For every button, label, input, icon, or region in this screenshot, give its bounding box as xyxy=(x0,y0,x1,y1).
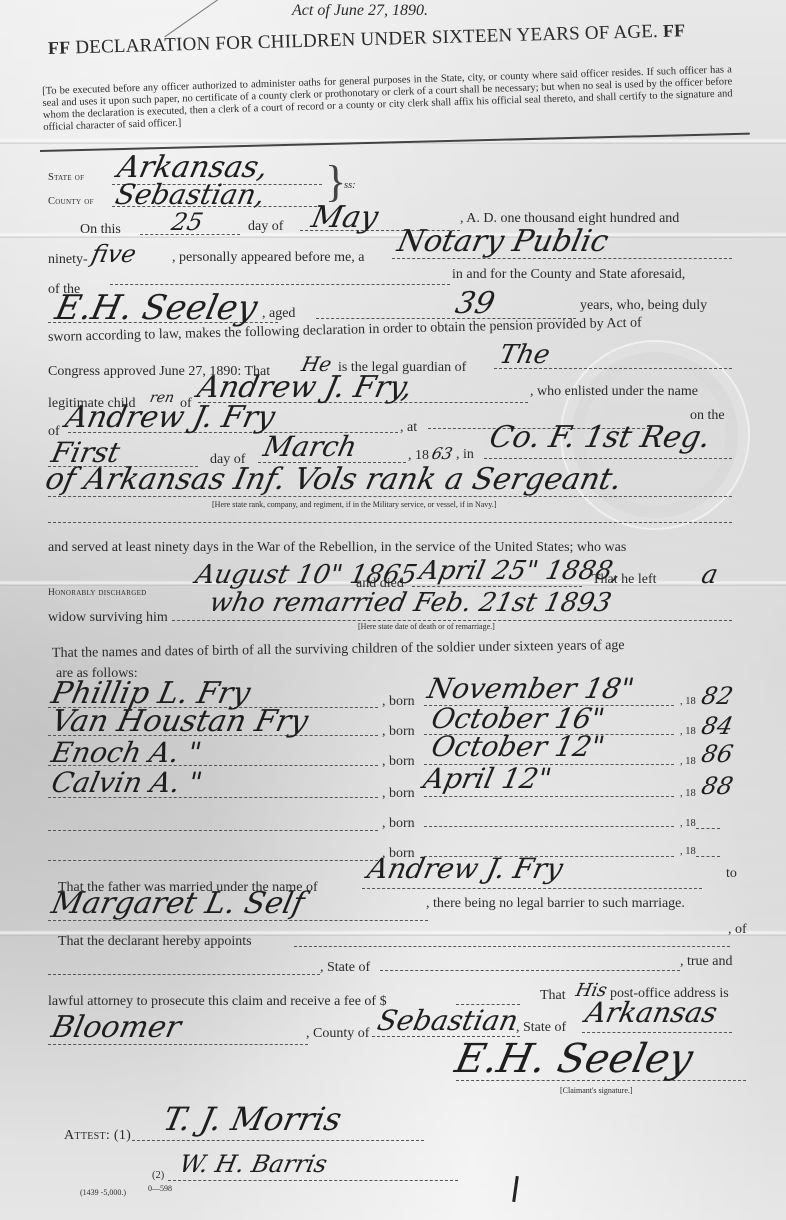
unit-value-line-1[interactable]: Co. F. 1st Reg. xyxy=(486,420,713,455)
appoints-text: That the declarant hereby appoints xyxy=(58,934,252,950)
county-of-label: , County of xyxy=(306,1026,369,1042)
years-text: years, who, being duly xyxy=(580,298,707,314)
form-code-left: FF xyxy=(48,37,71,58)
year-label: , 18 xyxy=(680,756,696,767)
attest-label-2: (2) xyxy=(152,1170,164,1181)
born-label: , born xyxy=(382,816,415,832)
that-label: That xyxy=(540,988,566,1004)
age-value[interactable]: 39 xyxy=(452,286,498,321)
father-name-value[interactable]: Andrew J. Fry xyxy=(364,852,565,885)
address-county-value[interactable]: Sebastian xyxy=(374,1004,521,1037)
child-birth-date[interactable]: April 12" xyxy=(420,762,554,795)
unit-value-line-2[interactable]: of Arkansas Inf. Vols rank a Sergeant. xyxy=(42,462,625,497)
discharged-label: Honorably discharged xyxy=(48,588,147,598)
year-label: , 18 xyxy=(680,696,696,707)
widow-note: [Here state date of death or of remarria… xyxy=(358,622,495,631)
lawful-text: lawful attorney to prosecute this claim … xyxy=(48,994,387,1010)
guardian-value[interactable]: The xyxy=(497,340,553,370)
born-label: , born xyxy=(382,754,415,770)
child-name[interactable]: Van Houstan Fry xyxy=(48,704,311,739)
print-run: (1439 -5,000.) xyxy=(80,1188,126,1197)
state-of-label-2: , State of xyxy=(516,1020,566,1036)
aged-label: , aged xyxy=(262,306,295,322)
child-birth-year[interactable]: 86 xyxy=(699,740,735,768)
act-reference: Act of June 27, 1890. xyxy=(292,2,428,20)
claimant-signature[interactable]: E.H. Seeley xyxy=(451,1036,697,1082)
enlisted-text: , who enlisted under the name xyxy=(530,384,698,400)
county-value[interactable]: Sebastian, xyxy=(112,178,268,211)
appeared-text: , personally appeared before me, a xyxy=(172,250,364,266)
form-code-right: FF xyxy=(663,20,686,41)
barrier-text: , there being no legal barrier to such m… xyxy=(426,896,685,912)
attest-label: Attest: (1) xyxy=(64,1128,131,1144)
of-label-3: , of xyxy=(728,922,747,938)
day-value[interactable]: 25 xyxy=(169,208,205,236)
child-birth-date[interactable]: November 18" xyxy=(424,672,637,705)
to-label: to xyxy=(726,866,737,882)
state-label: State of xyxy=(48,172,84,183)
brace: } xyxy=(325,160,346,204)
county-label: County of xyxy=(48,196,94,207)
at-label: , at xyxy=(400,420,417,436)
served-text: and served at least ninety days in the W… xyxy=(48,540,626,556)
witness-1-signature[interactable]: T. J. Morris xyxy=(160,1100,345,1138)
child-name[interactable]: Enoch A. " xyxy=(48,736,204,769)
year-label: , 18 xyxy=(680,846,696,857)
signature-note: [Claimant's signature.] xyxy=(560,1086,633,1095)
address-state-value[interactable]: Arkansas xyxy=(582,996,720,1029)
born-label: , born xyxy=(382,694,415,710)
day-of-label: day of xyxy=(248,219,283,235)
enlisted-name-value[interactable]: Andrew J. Fry xyxy=(62,400,278,435)
born-label: , born xyxy=(382,786,415,802)
true-and-text: , true and xyxy=(680,954,732,970)
state-of-label: , State of xyxy=(320,960,370,976)
unit-note: [Here state rank, company, and regiment,… xyxy=(212,500,496,509)
witness-2-signature[interactable]: W. H. Barris xyxy=(177,1150,330,1178)
year-label: , 18 xyxy=(680,818,696,829)
born-label: , born xyxy=(382,724,415,740)
child-birth-year[interactable]: 84 xyxy=(699,712,735,740)
left-text: That he left xyxy=(592,572,657,588)
year-label: , 18 xyxy=(680,726,696,737)
ss-label: ss: xyxy=(344,180,356,191)
child-birth-year[interactable]: 88 xyxy=(699,772,735,800)
declarant-name-value[interactable]: E.H. Seeley xyxy=(52,288,261,328)
widow-value[interactable]: who remarried Feb. 21st 1893 xyxy=(207,588,614,618)
year-word-value[interactable]: five xyxy=(89,240,139,268)
year-label: , 18 xyxy=(680,788,696,799)
child-name[interactable]: Calvin A. " xyxy=(48,766,205,799)
post-office-value[interactable]: Bloomer xyxy=(48,1010,184,1045)
enlist-year-value[interactable]: 63 xyxy=(430,444,454,463)
child-birth-date[interactable]: October 12" xyxy=(428,730,607,763)
officer-title-value[interactable]: Notary Public xyxy=(394,224,611,259)
month-value[interactable]: May xyxy=(308,200,381,235)
mother-name-value[interactable]: Margaret L. Self xyxy=(48,886,307,921)
on-this-label: On this xyxy=(80,222,121,238)
ninety-label: ninety- xyxy=(48,252,88,268)
form-code: 0—598 xyxy=(148,1184,172,1193)
in-and-for-text: in and for the County and State aforesai… xyxy=(452,267,685,283)
enlist-month-value[interactable]: March xyxy=(260,430,359,463)
widow-text: widow surviving him xyxy=(48,610,168,626)
child-birth-year[interactable]: 82 xyxy=(699,682,735,710)
in-label: , in xyxy=(456,447,474,463)
